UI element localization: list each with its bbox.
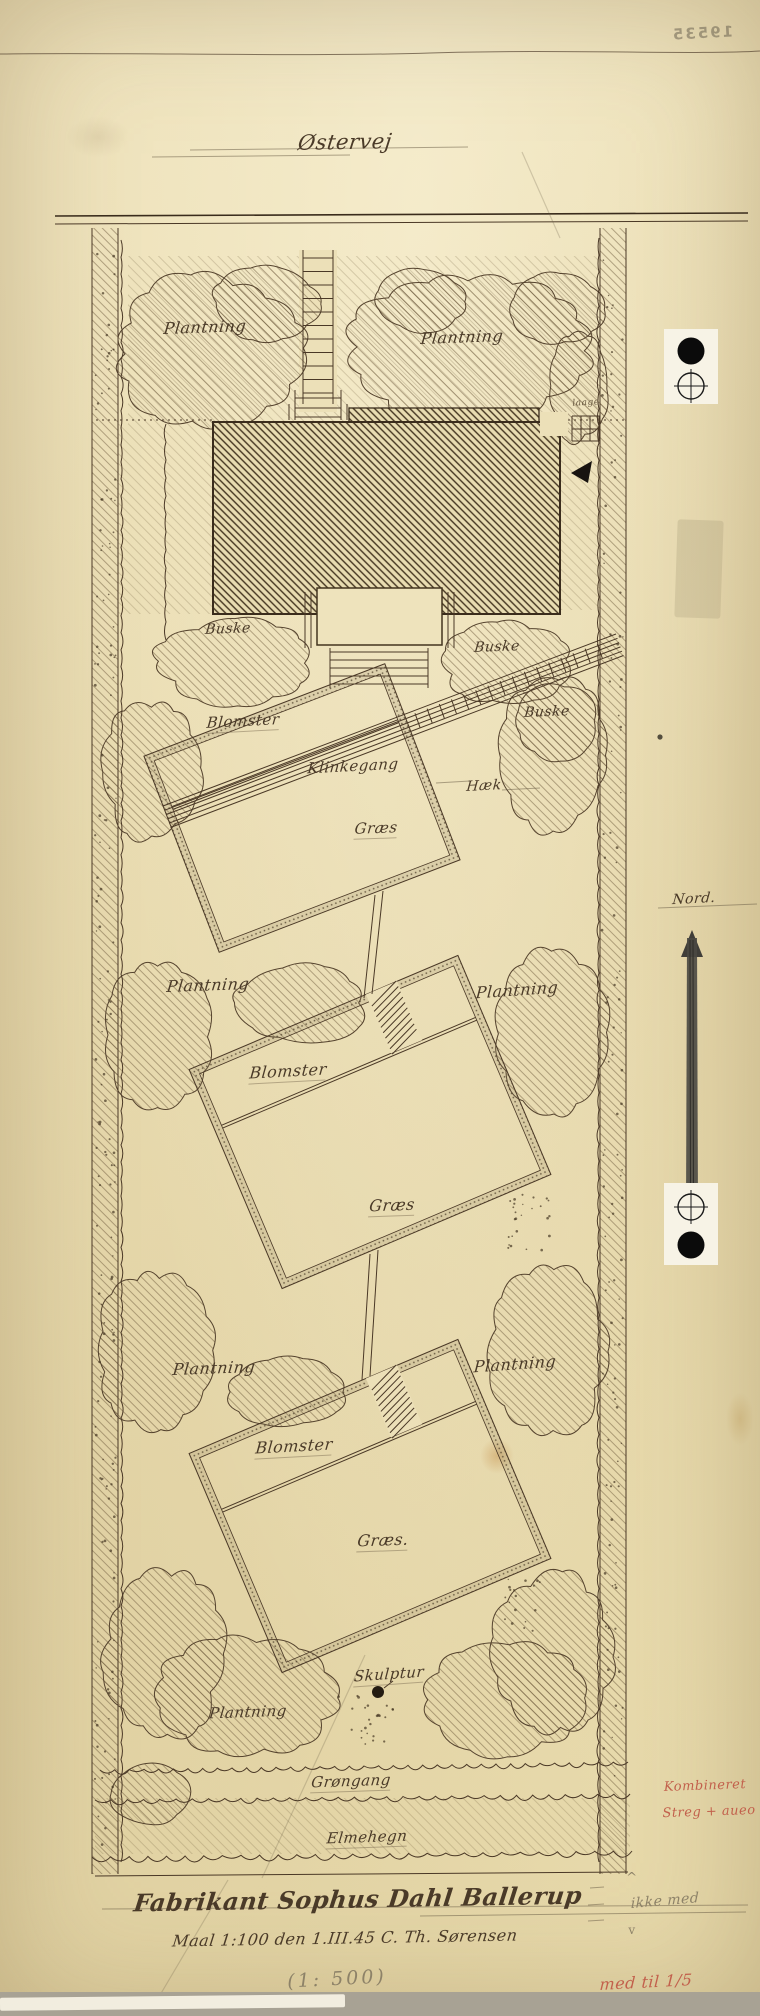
green-walk-label: Grøngang: [310, 1771, 392, 1794]
grass-label-3: Græs.: [356, 1530, 409, 1553]
grass-label-2: Græs: [368, 1195, 416, 1218]
flowers-label-3: Blomster: [254, 1434, 333, 1459]
registration-marks-bottom: [664, 1183, 718, 1265]
archive-stamp: 19535: [670, 22, 733, 43]
north-arrow: [658, 904, 757, 1210]
shrubs-label-right: Buske: [473, 638, 520, 656]
paper-fold-line: [0, 51, 760, 55]
reg-filled-circle: [678, 1232, 705, 1259]
plan-drawing: [0, 0, 760, 2016]
registration-marks-top: [664, 329, 718, 404]
red-note-line-1: Kombineret: [664, 1777, 747, 1795]
hedge-opening: [366, 981, 422, 1053]
hedge-label: Hæk: [466, 777, 503, 795]
shrubs-label-left: Buske: [204, 620, 251, 638]
gate-gap: [540, 412, 568, 436]
house-body: [213, 422, 560, 614]
pencil-dot: [657, 734, 662, 739]
flowers-label-1: Blomster: [206, 710, 281, 734]
scanned-garden-plan: 19535 Østervej Plantning Plantning laage…: [0, 0, 760, 2016]
shrubs-label-right-2: Buske: [523, 703, 570, 721]
planting-label-bottom-left: Plantning: [208, 1702, 288, 1723]
planting-label-mid-left: Plantning: [166, 974, 251, 996]
pencil-caret-down: v: [628, 1923, 635, 1937]
hedge-opening: [366, 1365, 422, 1437]
house: [118, 408, 600, 614]
street-ostervej: [55, 147, 748, 224]
elm-hedge-label: Elmehegn: [326, 1827, 409, 1850]
flowers-label-2: Blomster: [248, 1059, 327, 1084]
reg-filled-circle: [678, 338, 705, 365]
north-label: Nord.: [672, 890, 717, 908]
grass-label-1: Græs: [353, 818, 398, 840]
planting-label-low-left: Plantning: [172, 1357, 257, 1379]
gate-label: laage: [572, 397, 600, 408]
pencil-caret-up: ^: [626, 1871, 637, 1886]
room-connector-paths: [362, 891, 383, 1380]
planting-label-top-left: Plantning: [163, 316, 248, 338]
street-label: Østervej: [297, 129, 394, 155]
planting-label-top-right: Plantning: [420, 326, 505, 348]
